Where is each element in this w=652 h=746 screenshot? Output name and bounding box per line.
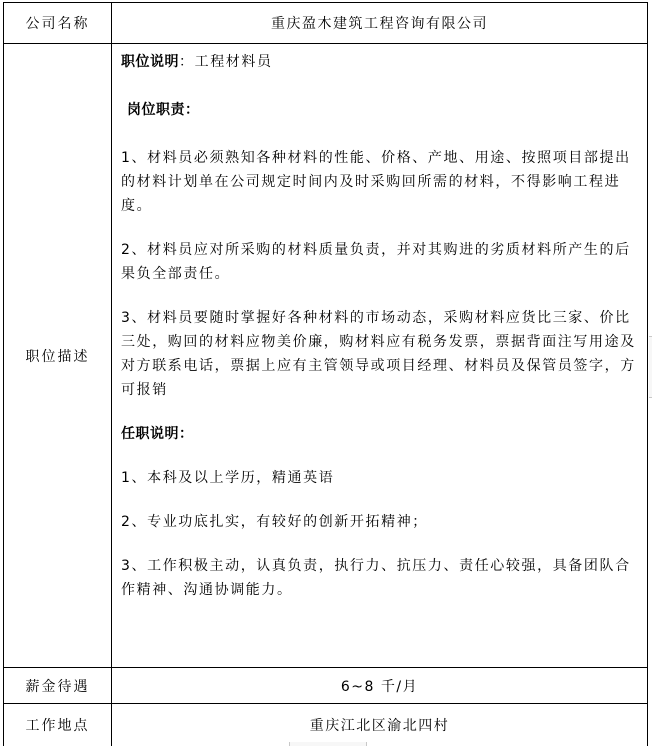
job-posting-table: 公司名称 重庆盈木建筑工程咨询有限公司 职位描述 职位说明：工程材料员 岗位职责… [3,2,648,746]
company-label: 公司名称 [4,3,112,44]
scroll-artifact-bottom [289,742,367,746]
company-name: 重庆盈木建筑工程咨询有限公司 [112,3,648,44]
duties-heading: 岗位职责： [121,98,639,122]
spacer [121,286,639,306]
spacer [121,74,639,98]
spacer [121,218,639,238]
requirement-item-2: 2、专业功底扎实，有较好的创新开拓精神； [121,510,639,534]
position-colon: ： [179,54,195,70]
spacer [121,490,639,510]
location-value: 重庆江北区渝北四村 [112,704,648,746]
requirements-heading: 任职说明： [121,422,639,446]
salary-row: 薪金待遇 6~8 千/月 [4,668,648,704]
description-row: 职位描述 职位说明：工程材料员 岗位职责： 1、材料员必须熟知各种材料的性能、价… [4,44,648,668]
location-label: 工作地点 [4,704,112,746]
salary-label: 薪金待遇 [4,668,112,704]
spacer [121,534,639,554]
duty-item-2: 2、材料员应对所采购的材料质量负责，并对其购进的劣质材料所产生的后果负全部责任。 [121,238,639,286]
position-value: 工程材料员 [195,54,273,70]
requirement-item-3: 3、工作积极主动，认真负责，执行力、抗压力、责任心较强，具备团队合作精神、沟通协… [121,554,639,602]
duty-item-1: 1、材料员必须熟知各种材料的性能、价格、产地、用途、按照项目部提出的材料计划单在… [121,146,639,218]
company-row: 公司名称 重庆盈木建筑工程咨询有限公司 [4,3,648,44]
description-content: 职位说明：工程材料员 岗位职责： 1、材料员必须熟知各种材料的性能、价格、产地、… [112,44,648,668]
salary-value: 6~8 千/月 [112,668,648,704]
description-label: 职位描述 [4,44,112,668]
spacer [121,402,639,422]
position-heading: 职位说明 [121,54,179,70]
spacer [121,446,639,466]
position-line: 职位说明：工程材料员 [121,50,639,74]
duty-item-3: 3、材料员要随时掌握好各种材料的市场动态，采购材料应货比三家、价比三处，购回的材… [121,306,639,402]
spacer [121,122,639,146]
requirement-item-1: 1、本科及以上学历，精通英语 [121,466,639,490]
location-row: 工作地点 重庆江北区渝北四村 [4,704,648,746]
